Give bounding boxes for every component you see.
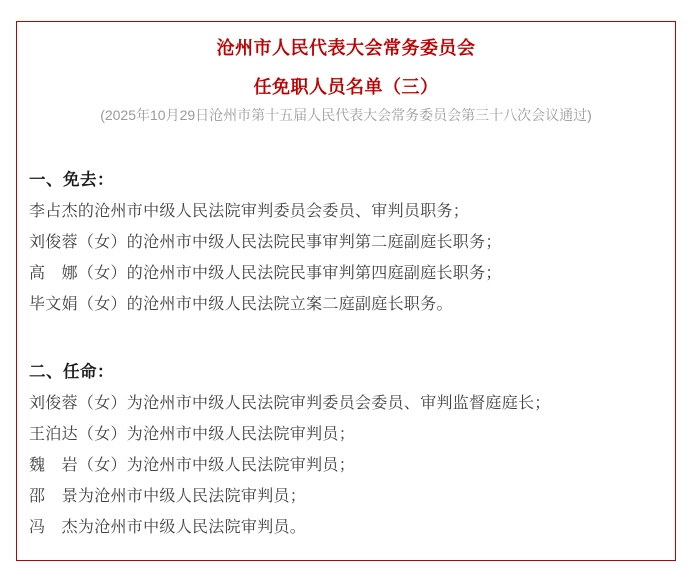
dismissal-item: 刘俊蓉（女）的沧州市中级人民法院民事审判第二庭副庭长职务； — [29, 233, 663, 252]
appointment-item: 王泊达（女）为沧州市中级人民法院审判员； — [29, 425, 663, 444]
appointment-item: 魏 岩（女）为沧州市中级人民法院审判员； — [29, 456, 663, 475]
section-heading-dismissals: 一、免去： — [29, 170, 663, 190]
page: 沧州市人民代表大会常务委员会 任免职人员名单（三） (2025年10月29日沧州… — [0, 0, 692, 580]
dismissal-item: 李占杰的沧州市中级人民法院审判委员会委员、审判员职务； — [29, 202, 663, 221]
section-heading-appointments: 二、任命： — [29, 362, 663, 382]
document-border-box: 沧州市人民代表大会常务委员会 任免职人员名单（三） (2025年10月29日沧州… — [16, 21, 676, 561]
meeting-approval-note: (2025年10月29日沧州市第十五届人民代表大会常务委员会第三十八次会议通过) — [29, 105, 663, 125]
document-title-line1: 沧州市人民代表大会常务委员会 — [29, 37, 663, 59]
document-title-line2: 任免职人员名单（三） — [29, 76, 663, 98]
dismissal-item: 毕文娟（女）的沧州市中级人民法院立案二庭副庭长职务。 — [29, 295, 663, 314]
appointment-item: 刘俊蓉（女）为沧州市中级人民法院审判委员会委员、审判监督庭庭长； — [29, 394, 663, 413]
dismissal-item: 高 娜（女）的沧州市中级人民法院民事审判第四庭副庭长职务； — [29, 264, 663, 283]
appointment-item: 冯 杰为沧州市中级人民法院审判员。 — [29, 518, 663, 537]
appointment-item: 邵 景为沧州市中级人民法院审判员； — [29, 487, 663, 506]
